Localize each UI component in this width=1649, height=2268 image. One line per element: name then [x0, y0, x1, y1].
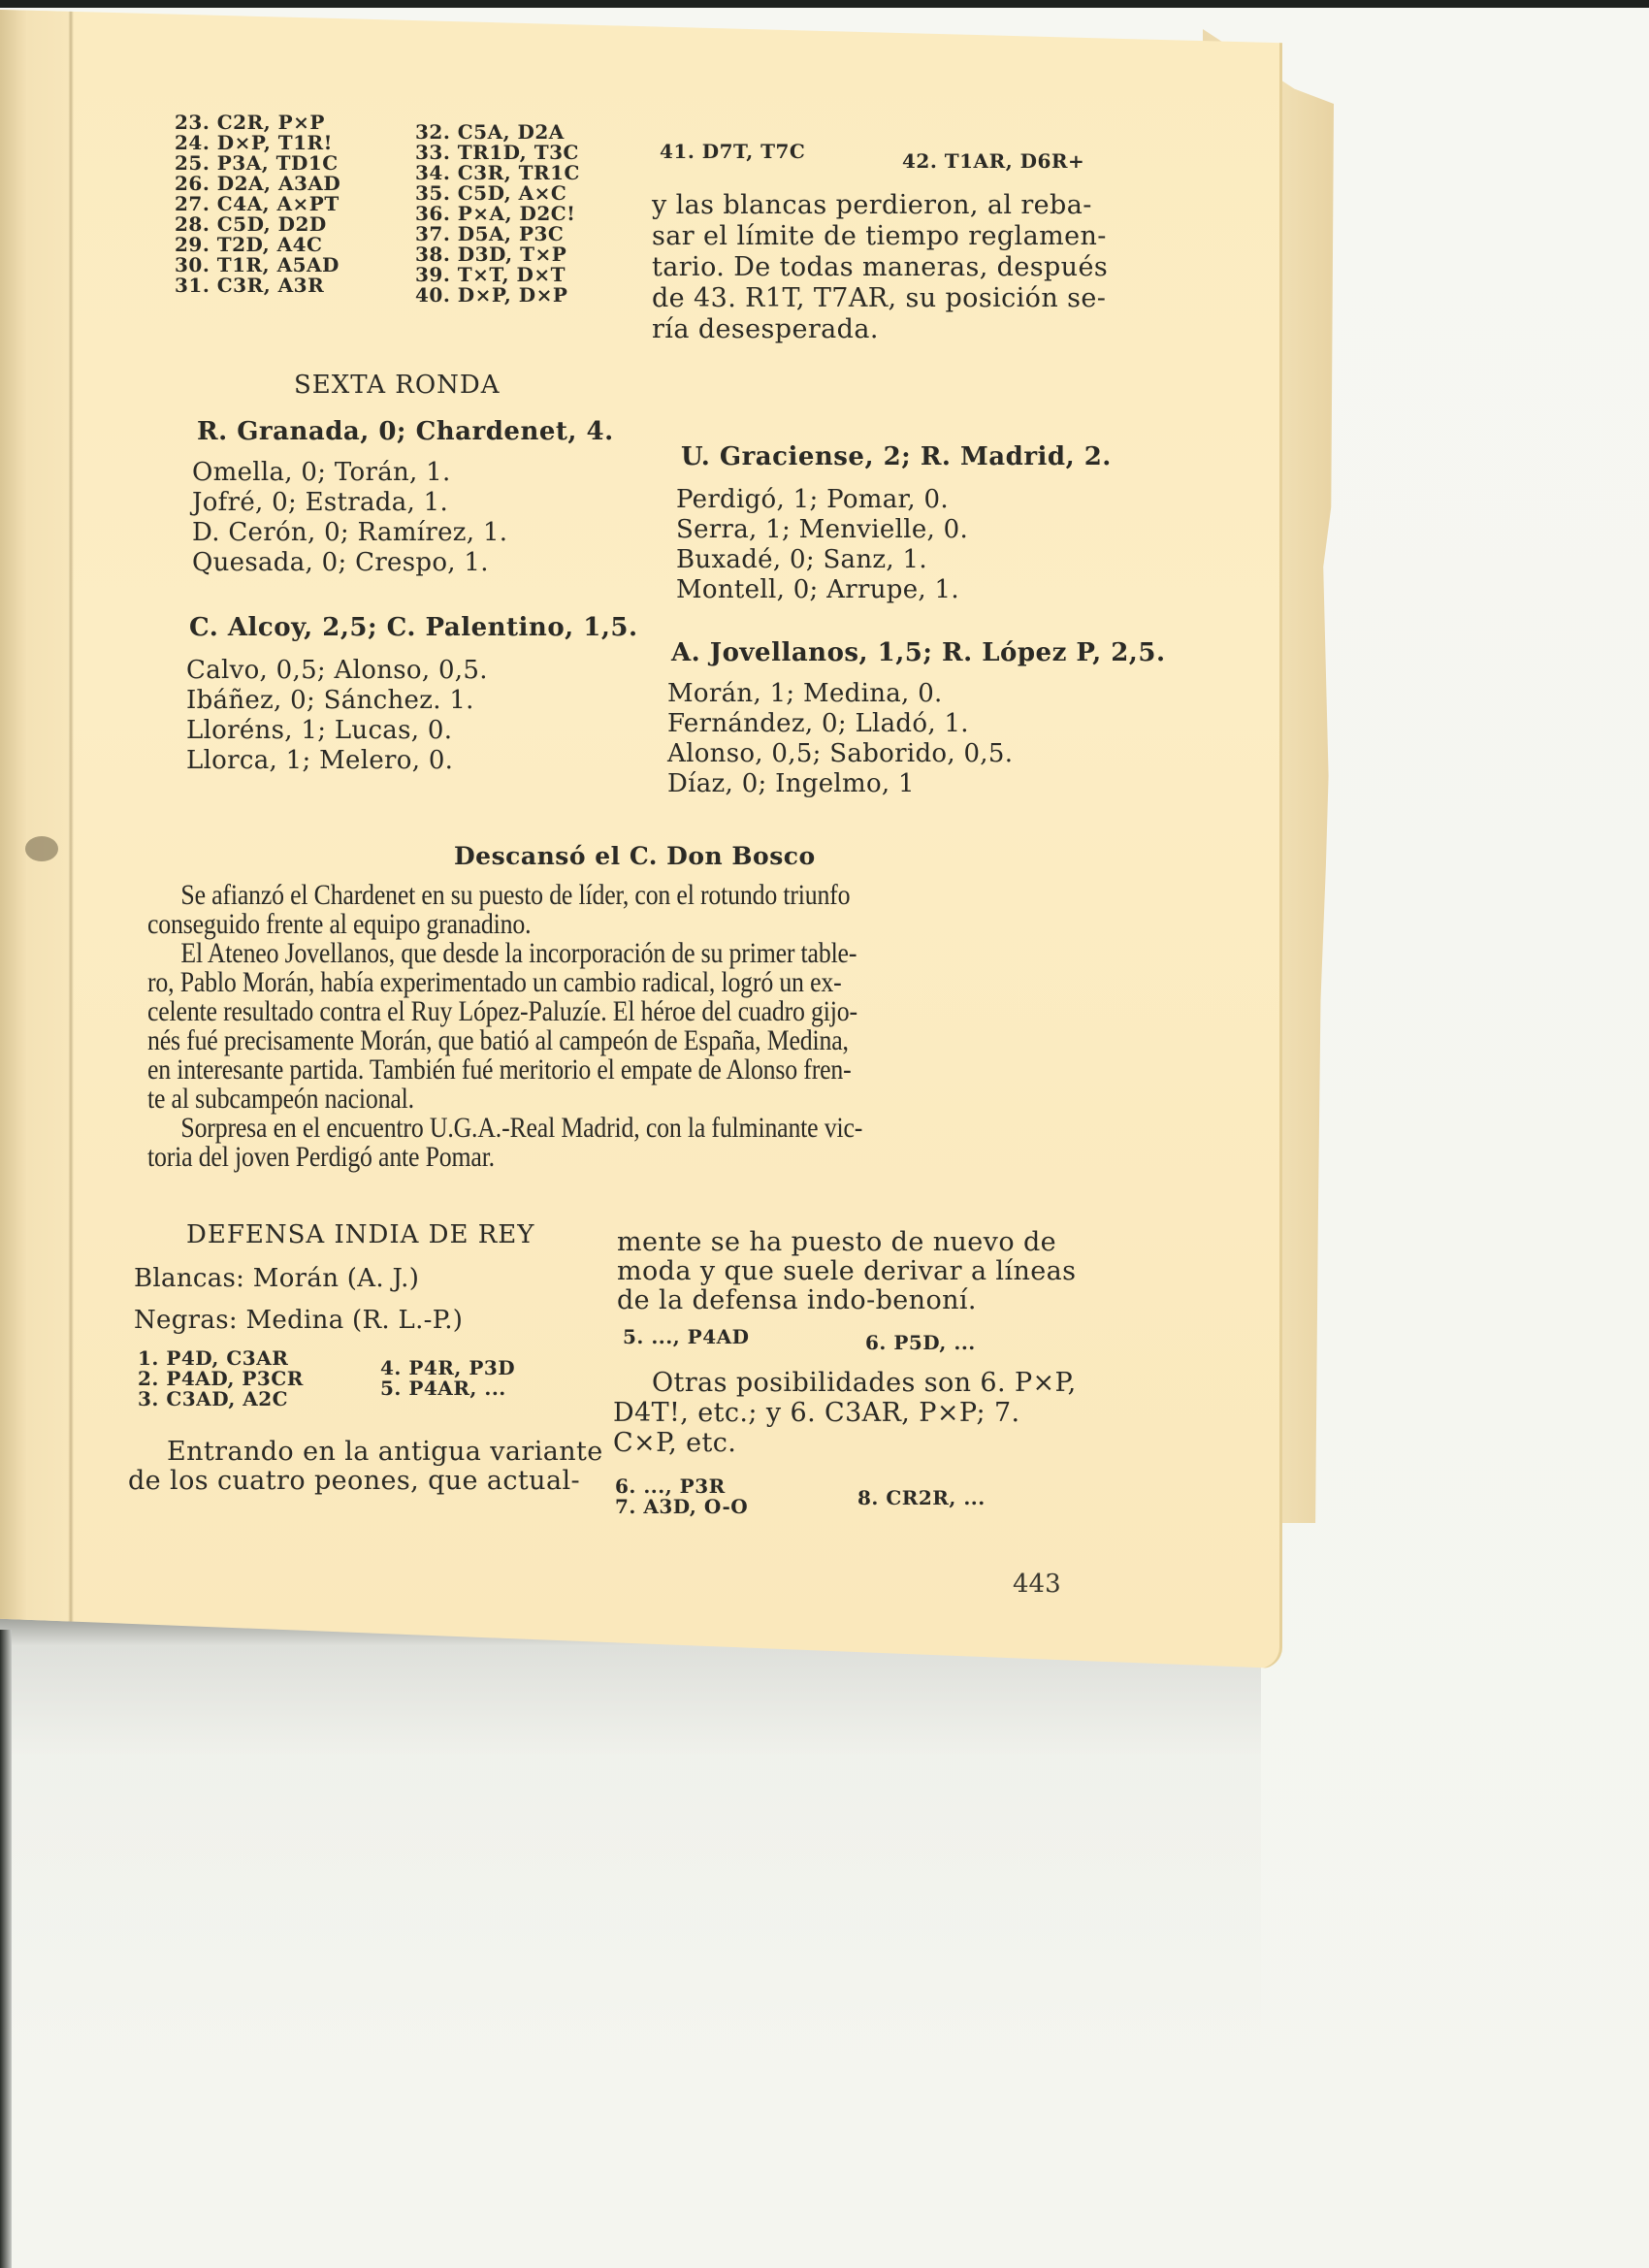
scanner-left-shadow [0, 1630, 12, 2268]
result-row: Calvo, 0,5; Alonso, 0,5. [186, 656, 488, 686]
result-row: Omella, 0; Torán, 1. [192, 458, 507, 488]
spine-fold [68, 10, 74, 1639]
game-moves-f: 8. CR2R, ... [857, 1488, 986, 1508]
result-row: Lloréns, 1; Lucas, 0. [186, 716, 488, 746]
match-title: C. Alcoy, 2,5; C. Palentino, 1,5. [189, 613, 638, 642]
match-title: R. Granada, 0; Chardenet, 4. [197, 417, 614, 446]
scanner-edge [0, 0, 1649, 8]
result-row: Llorca, 1; Melero, 0. [186, 746, 488, 776]
match-title: A. Jovellanos, 1,5; R. López P, 2,5. [671, 638, 1166, 667]
result-row: Ibáñez, 0; Sánchez. 1. [186, 686, 488, 716]
moves-column-2: 32. C5A, D2A 33. TR1D, T3C 34. C3R, TR1C… [415, 122, 580, 306]
match-results: Perdigó, 1; Pomar, 0. Serra, 1; Menviell… [676, 485, 968, 605]
bye-notice: Descansó el C. Don Bosco [454, 842, 816, 870]
moves-column-4: 42. T1AR, D6R+ [902, 151, 1084, 172]
game-note-2: Otras posibilidades son 6. P×P, D4T!, et… [613, 1368, 1077, 1458]
result-row: Jofré, 0; Estrada, 1. [192, 488, 507, 518]
match-results: Calvo, 0,5; Alonso, 0,5. Ibáñez, 0; Sánc… [186, 656, 488, 776]
white-player: Blancas: Morán (A. J.) [134, 1264, 419, 1294]
moves-column-1: 23. C2R, P×P 24. D×P, T1R! 25. P3A, TD1C… [175, 113, 340, 296]
game-moves-e: 6. ..., P3R 7. A3D, O-O [615, 1476, 748, 1517]
game-end-comment: y las blancas perdieron, al reba- sar el… [652, 190, 1108, 345]
game-moves-a: 1. P4D, C3AR 2. P4AD, P3CR 3. C3AD, A2C [138, 1348, 304, 1409]
result-row: Perdigó, 1; Pomar, 0. [676, 485, 968, 515]
result-row: Montell, 0; Arrupe, 1. [676, 575, 968, 605]
page-number: 443 [1013, 1570, 1061, 1599]
moves-column-3: 41. D7T, T7C [660, 142, 805, 162]
round-commentary: Se afianzó el Chardenet en su puesto de … [147, 881, 1074, 1172]
result-row: Buxadé, 0; Sanz, 1. [676, 545, 968, 575]
match-title: U. Graciense, 2; R. Madrid, 2. [681, 442, 1112, 471]
result-row: Morán, 1; Medina, 0. [667, 679, 1013, 709]
result-row: Alonso, 0,5; Saborido, 0,5. [667, 739, 1013, 769]
page-shadow [0, 1610, 1261, 2192]
result-row: Quesada, 0; Crespo, 1. [192, 548, 507, 578]
result-row: Fernández, 0; Lladó, 1. [667, 709, 1013, 739]
result-row: Díaz, 0; Ingelmo, 1 [667, 769, 1013, 799]
game-moves-c: 5. ..., P4AD [623, 1327, 749, 1347]
book-page: 23. C2R, P×P 24. D×P, T1R! 25. P3A, TD1C… [0, 10, 1282, 1669]
game-moves-d: 6. P5D, ... [865, 1333, 976, 1353]
black-player: Negras: Medina (R. L.-P.) [134, 1306, 463, 1336]
result-row: Serra, 1; Menvielle, 0. [676, 515, 968, 545]
game-note-1-continued: mente se ha puesto de nuevo de moda y qu… [617, 1228, 1076, 1315]
opening-title: DEFENSA INDIA DE REY [186, 1220, 534, 1249]
game-note-1: Entrando en la antigua variante de los c… [128, 1438, 603, 1496]
match-results: Morán, 1; Medina, 0. Fernández, 0; Lladó… [667, 679, 1013, 799]
game-moves-b: 4. P4R, P3D 5. P4AR, ... [380, 1358, 515, 1399]
page-gutter [0, 10, 68, 1639]
result-row: D. Cerón, 0; Ramírez, 1. [192, 518, 507, 548]
binding-mark [25, 836, 58, 861]
match-results: Omella, 0; Torán, 1. Jofré, 0; Estrada, … [192, 458, 507, 578]
round-title: SEXTA RONDA [294, 371, 501, 400]
